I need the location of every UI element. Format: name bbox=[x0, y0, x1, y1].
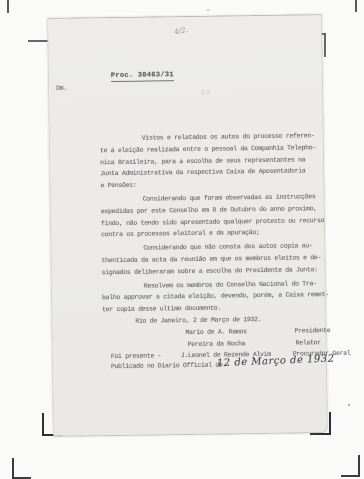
published-prefix: Publicado no Diario Official de bbox=[111, 360, 223, 373]
faint-page-stamp: 02 bbox=[201, 90, 211, 97]
document-paper: 4/2. Proc. 30463/31 Dm. 02 Vistos e rela… bbox=[47, 14, 328, 437]
dust-speck bbox=[348, 404, 350, 406]
signature-role: Presidente bbox=[294, 325, 330, 337]
body-line: contra os processos eleitoral e da apura… bbox=[101, 227, 319, 242]
corner-bracket-bottom-right-outer bbox=[341, 455, 360, 477]
signature-name: Mario de A. Ramos bbox=[185, 326, 246, 338]
document-body: Vistos e relatados os autos do processo … bbox=[100, 130, 321, 328]
signature-name: Pereira da Rocha bbox=[188, 338, 246, 350]
corner-bracket-bottom-left-outer bbox=[12, 458, 31, 479]
signature-role: Relator bbox=[296, 337, 321, 348]
top-right-tick-mark bbox=[355, 0, 357, 12]
process-number: Proc. 30463/31 bbox=[111, 71, 174, 82]
body-line: e Pensões: bbox=[100, 177, 318, 192]
top-left-tick-mark bbox=[7, 0, 9, 13]
scanned-photo-frame: 4/2. Proc. 30463/31 Dm. 02 Vistos e rela… bbox=[0, 0, 364, 479]
margin-note: Dm. bbox=[56, 85, 67, 92]
body-line: signados deliberaram sobre a escolha do … bbox=[102, 264, 320, 279]
handwritten-top-note: 4/2. bbox=[174, 26, 189, 36]
dust-speck bbox=[206, 9, 210, 11]
published-row: Publicado no Diario Official de 12 de Ma… bbox=[103, 358, 321, 372]
